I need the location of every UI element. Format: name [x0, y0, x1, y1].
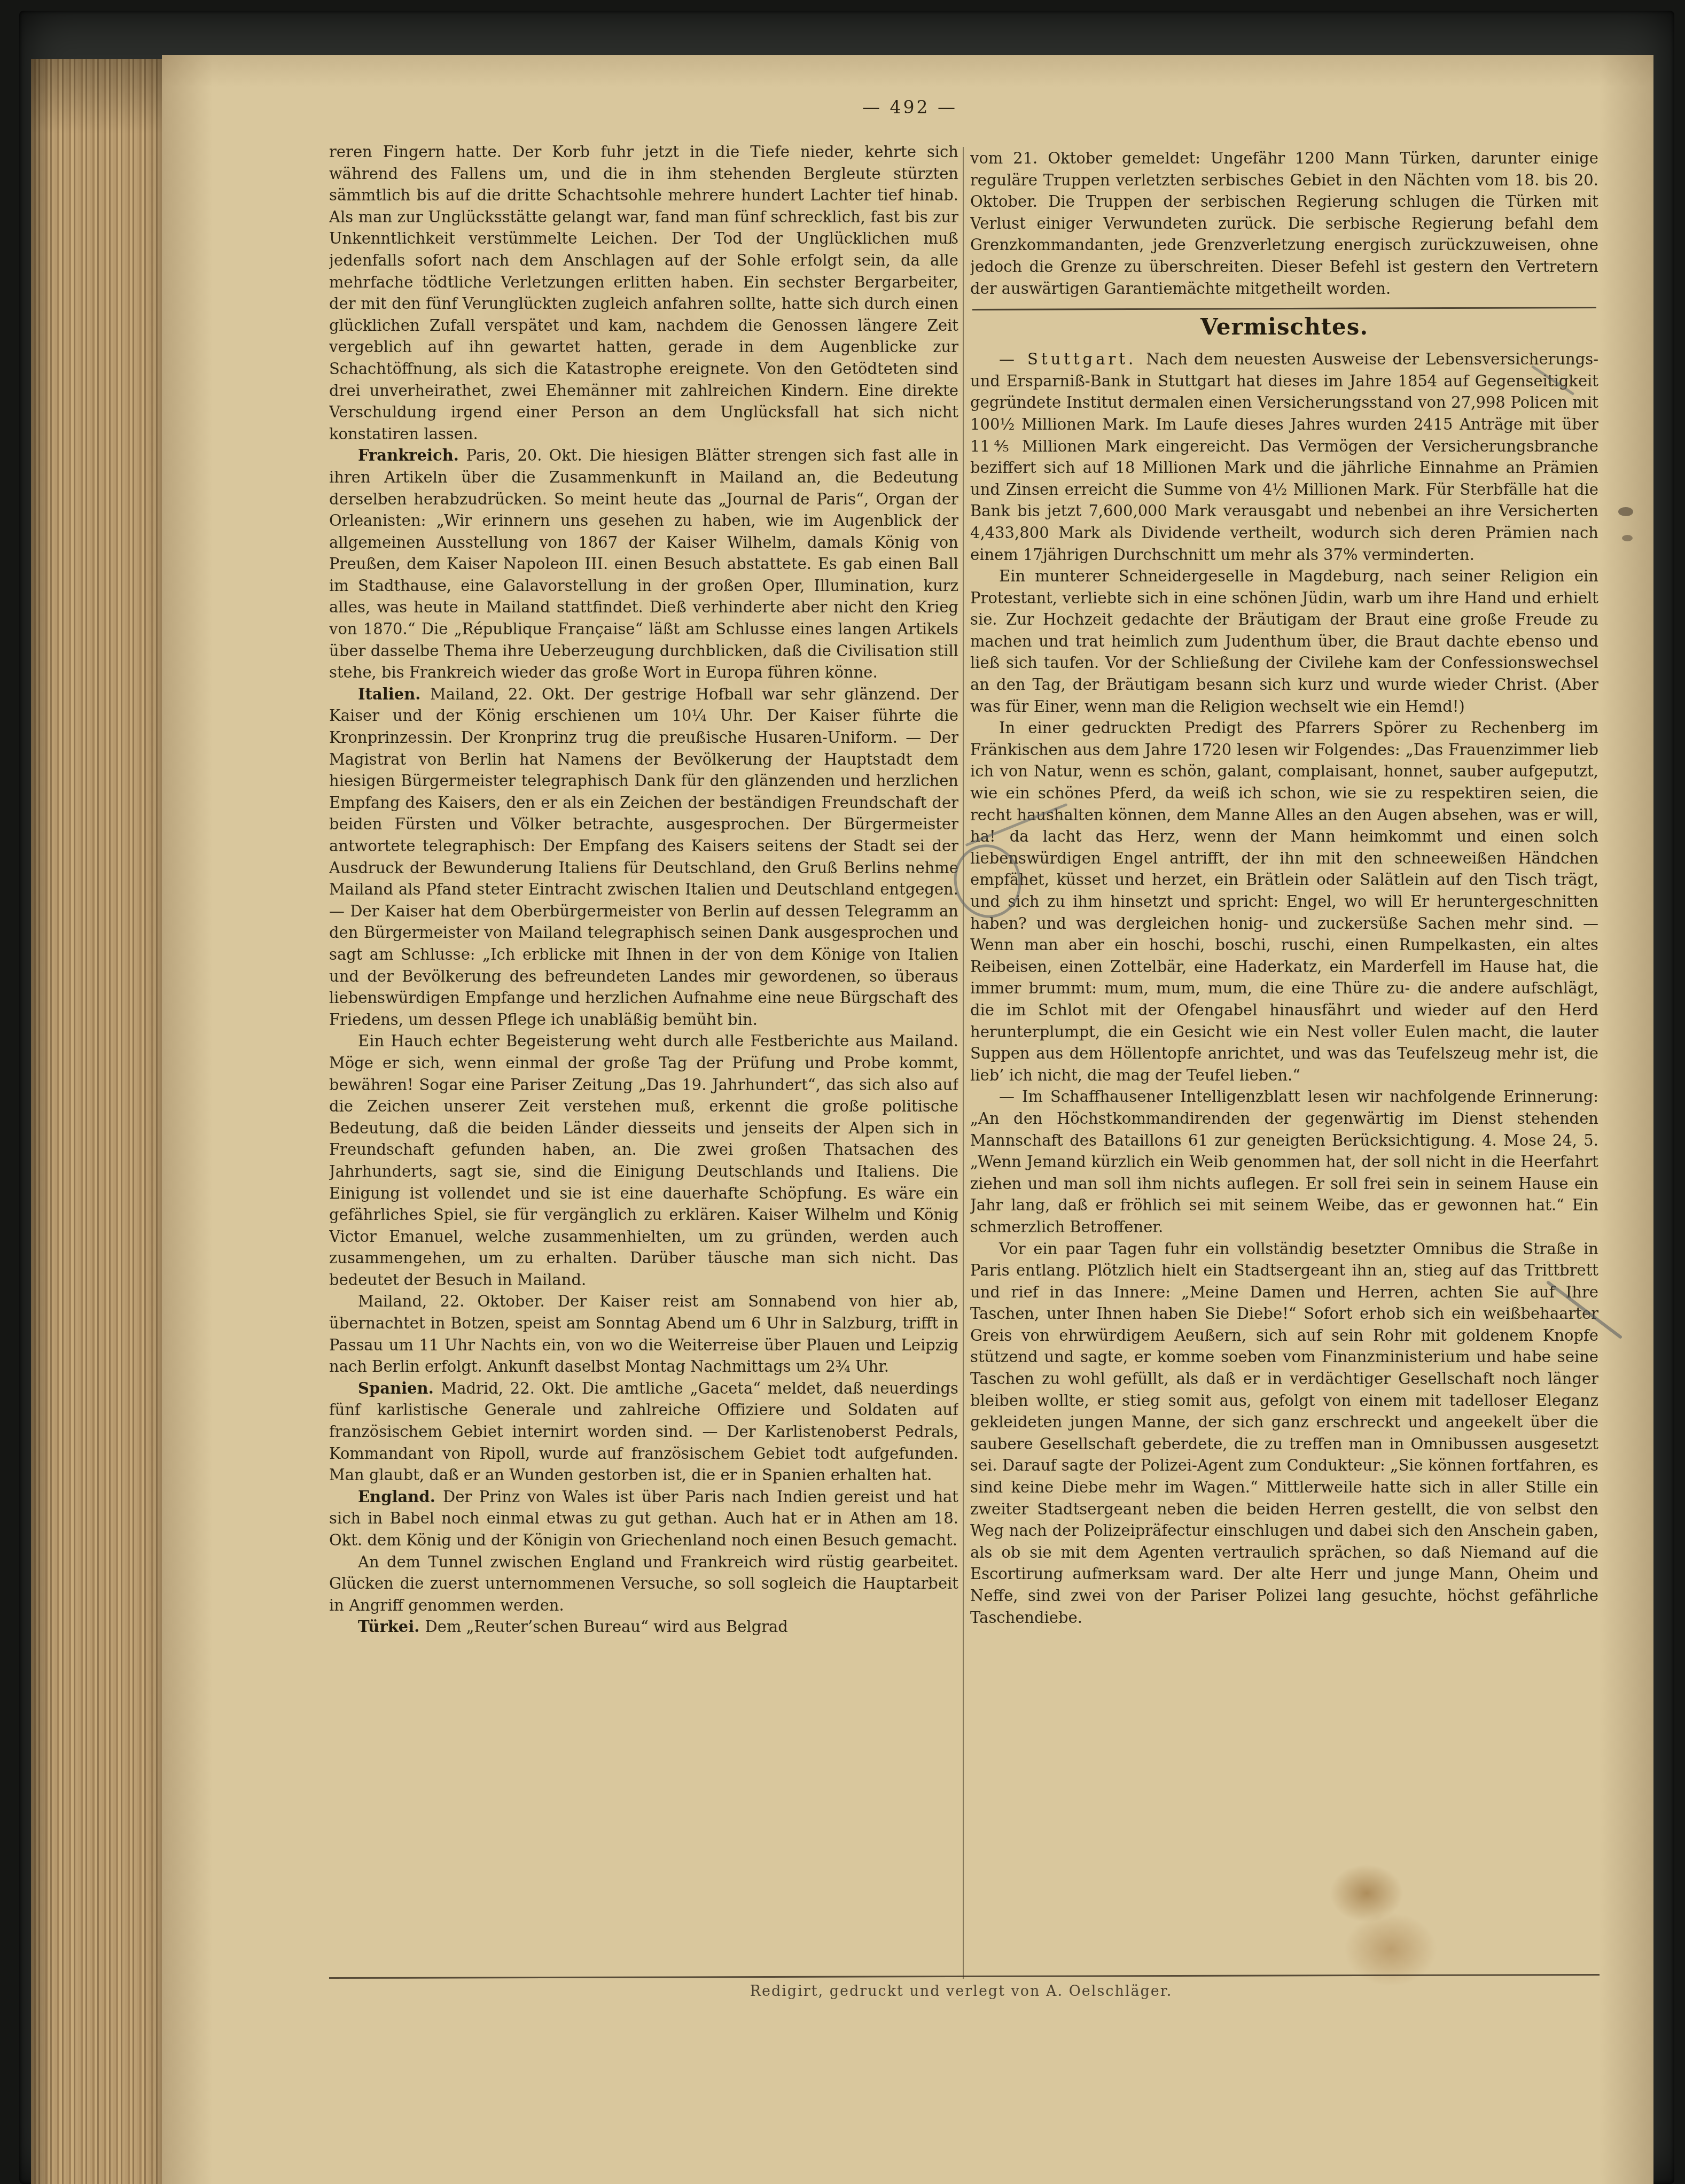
paragraph: Ein munterer Schneidergeselle in Magdebu… — [970, 565, 1598, 717]
ink-edge-mark — [1618, 507, 1633, 516]
newspaper-page: — 492 — reren Fingern hatte. Der Korb fu… — [162, 55, 1653, 2184]
paragraph: vom 21. Oktober gemeldet: Ungefähr 1200 … — [970, 147, 1598, 299]
paragraph: Italien. Mailand, 22. Okt. Der gestrige … — [329, 683, 958, 1031]
paragraph: — Im Schaffhausener Intelligenzblatt les… — [970, 1086, 1598, 1238]
paragraph-lead: Italien. — [358, 685, 430, 703]
paragraph-lead: — Stuttgart. — [999, 350, 1146, 368]
paragraph: Vor ein paar Tagen fuhr ein vollständig … — [970, 1238, 1598, 1629]
ink-edge-mark — [1622, 535, 1633, 541]
right-column-top: vom 21. Oktober gemeldet: Ungefähr 1200 … — [970, 147, 1598, 299]
paragraph: Ein Hauch echter Begeisterung weht durch… — [329, 1030, 958, 1291]
paragraph-lead: England. — [358, 1488, 443, 1506]
paragraph: An dem Tunnel zwischen England und Frank… — [329, 1551, 958, 1616]
imprint: Redigirt, gedruckt und verlegt von A. Oe… — [322, 1983, 1600, 2000]
paragraph: reren Fingern hatte. Der Korb fuhr jetzt… — [329, 141, 958, 445]
paragraph-lead: Spanien. — [358, 1379, 441, 1397]
paragraph: Spanien. Madrid, 22. Okt. Die amtliche „… — [329, 1378, 958, 1486]
paragraph: In einer gedruckten Predigt des Pfarrers… — [970, 717, 1598, 1086]
section-divider — [972, 307, 1596, 310]
paragraph: Türkei. Dem „Reuter’schen Bureau“ wird a… — [329, 1616, 958, 1638]
section-heading: Vermischtes. — [970, 314, 1598, 340]
paragraph-lead: Türkei. — [358, 1618, 425, 1636]
paragraph: — Stuttgart. Nach dem neuesten Ausweise … — [970, 348, 1598, 565]
right-column: vom 21. Oktober gemeldet: Ungefähr 1200 … — [970, 147, 1598, 1977]
column-divider — [963, 147, 964, 1979]
paragraph: Frankreich. Paris, 20. Okt. Die hiesigen… — [329, 445, 958, 683]
right-column-main: — Stuttgart. Nach dem neuesten Ausweise … — [970, 348, 1598, 1628]
paragraph-lead: Frankreich. — [358, 446, 466, 464]
paragraph: England. Der Prinz von Wales ist über Pa… — [329, 1486, 958, 1551]
paragraph: Mailand, 22. Oktober. Der Kaiser reist a… — [329, 1291, 958, 1377]
page-fore-edge — [31, 59, 171, 2184]
page-number: — 492 — — [832, 97, 987, 118]
left-column: reren Fingern hatte. Der Korb fuhr jetzt… — [329, 141, 958, 1975]
